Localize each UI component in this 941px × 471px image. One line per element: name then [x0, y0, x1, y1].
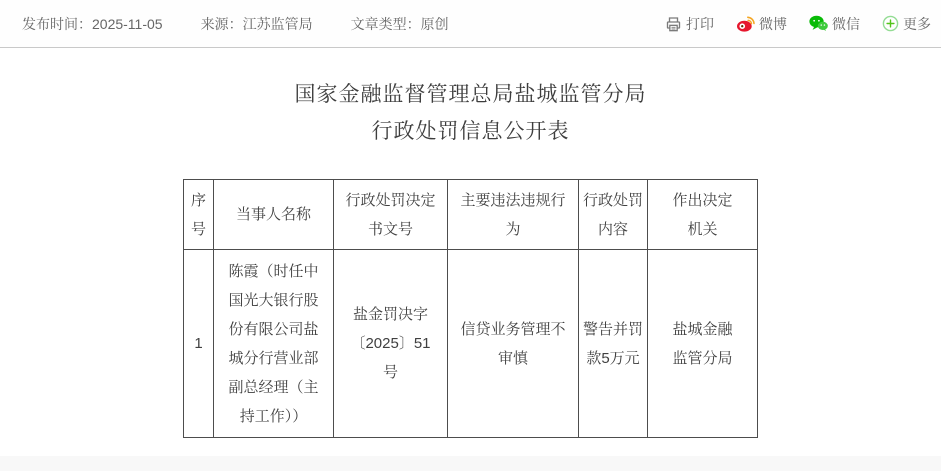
publish-time: 发布时间：2025-11-05	[22, 14, 163, 34]
article-meta: 发布时间：2025-11-05 来源：江苏监管局 文章类型：原创	[22, 14, 449, 34]
cell-party-name: 陈霞（时任中 国光大银行股 份有限公司盐 城分行营业部 副总经理（主 持工作））	[214, 250, 334, 438]
page-title-line1: 国家金融监督管理总局盐城监管分局	[0, 76, 941, 113]
page-title: 国家金融监督管理总局盐城监管分局 行政处罚信息公开表	[0, 76, 941, 150]
weibo-icon	[736, 15, 755, 32]
article-type-label: 文章类型：	[351, 16, 421, 32]
cell-deciding-authority: 盐城金融 监管分局	[648, 250, 758, 438]
page-title-line2: 行政处罚信息公开表	[0, 113, 941, 150]
cell-decision-doc-no: 盐金罚决字 〔2025〕51 号	[334, 250, 448, 438]
wechat-icon	[809, 15, 828, 32]
page-bottom-strip	[0, 456, 941, 471]
table-row: 1 陈霞（时任中 国光大银行股 份有限公司盐 城分行营业部 副总经理（主 持工作…	[184, 250, 758, 438]
header-serial-no: 序 号	[184, 180, 214, 250]
table-header-row: 序 号 当事人名称 行政处罚决定 书文号 主要违法违规行 为 行政处罚 内容 作…	[184, 180, 758, 250]
weibo-label: 微博	[759, 14, 787, 34]
printer-icon	[665, 16, 682, 32]
publish-time-label: 发布时间：	[22, 16, 92, 32]
penalty-table: 序 号 当事人名称 行政处罚决定 书文号 主要违法违规行 为 行政处罚 内容 作…	[183, 179, 758, 438]
cell-serial-no: 1	[184, 250, 214, 438]
article-source: 来源：江苏监管局	[201, 14, 313, 34]
header-penalty-content: 行政处罚 内容	[579, 180, 648, 250]
header-deciding-authority: 作出决定 机关	[648, 180, 758, 250]
more-share-button[interactable]: 更多	[882, 14, 931, 34]
article-type-value: 原创	[421, 16, 449, 32]
print-button[interactable]: 打印	[665, 14, 714, 34]
cell-penalty-content: 警告并罚 款5万元	[579, 250, 648, 438]
header-decision-doc-no: 行政处罚决定 书文号	[334, 180, 448, 250]
publish-time-value: 2025-11-05	[92, 16, 163, 32]
article-type: 文章类型：原创	[351, 14, 449, 34]
plus-circle-icon	[882, 15, 899, 32]
more-label: 更多	[903, 14, 931, 34]
wechat-label: 微信	[832, 14, 860, 34]
cell-violation: 信贷业务管理不 审慎	[448, 250, 579, 438]
weibo-share-button[interactable]: 微博	[736, 14, 787, 34]
article-source-label: 来源：	[201, 16, 243, 32]
share-toolbar: 打印 微博	[643, 14, 931, 34]
print-label: 打印	[686, 14, 714, 34]
header-violation: 主要违法违规行 为	[448, 180, 579, 250]
article-source-value: 江苏监管局	[243, 16, 313, 32]
wechat-share-button[interactable]: 微信	[809, 14, 860, 34]
meta-bar: 发布时间：2025-11-05 来源：江苏监管局 文章类型：原创 打印	[0, 0, 941, 48]
header-party-name: 当事人名称	[214, 180, 334, 250]
